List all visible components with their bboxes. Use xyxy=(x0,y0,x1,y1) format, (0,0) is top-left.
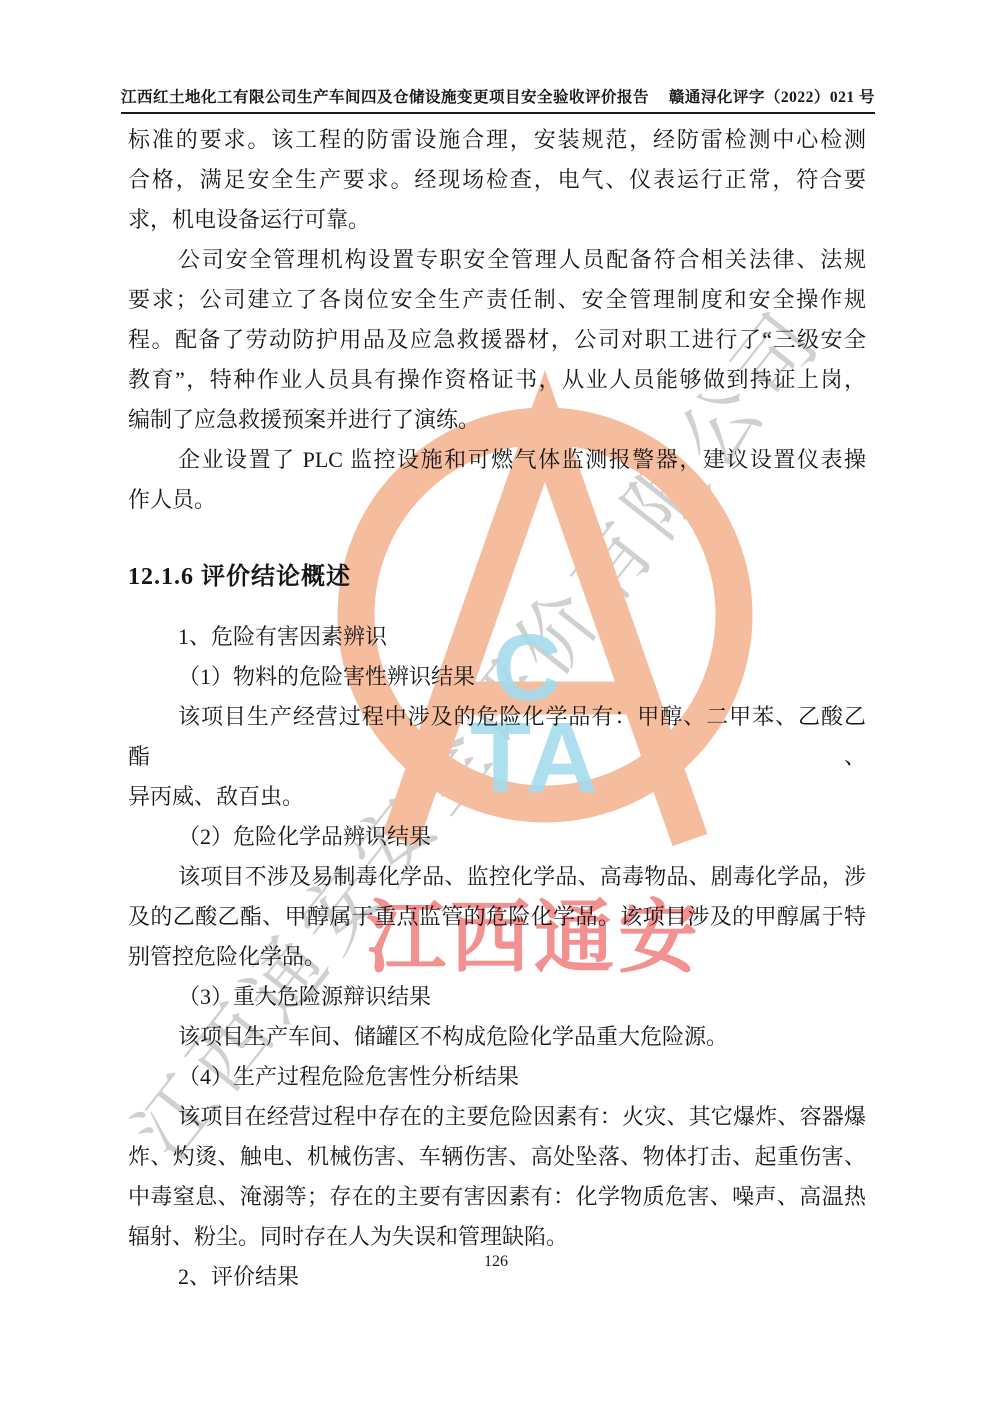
text-line: 作人员。 xyxy=(128,480,866,520)
text-line: 该项目生产车间、储罐区不构成危险化学品重大危险源。 xyxy=(128,1017,866,1057)
text-line: 异丙威、敌百虫。 xyxy=(128,777,866,817)
text-line: 该项目生产经营过程中涉及的危险化学品有：甲醇、二甲苯、乙酸乙酯、 xyxy=(128,697,866,777)
text-line: 编制了应急救援预案并进行了演练。 xyxy=(128,400,866,440)
text-line: 企业设置了 PLC 监控设施和可燃气体监测报警器，建议设置仪表操 xyxy=(128,440,866,480)
text-line: 合格，满足安全生产要求。经现场检查，电气、仪表运行正常，符合要 xyxy=(128,160,866,200)
text-line: 该项目不涉及易制毒化学品、监控化学品、高毒物品、剧毒化学品，涉 xyxy=(128,857,866,897)
page-number: 126 xyxy=(484,1253,508,1270)
text-line: 要求；公司建立了各岗位安全生产责任制、安全管理制度和安全操作规 xyxy=(128,280,866,320)
text-line: 炸、灼烫、触电、机械伤害、车辆伤害、高处坠落、物体打击、起重伤害、 xyxy=(128,1137,866,1177)
text-line: （2）危险化学品辨识结果 xyxy=(128,817,866,857)
text-line: 辐射、粉尘。同时存在人为失误和管理缺陷。 xyxy=(128,1217,866,1257)
text-line: （4）生产过程危险危害性分析结果 xyxy=(128,1057,866,1097)
section-heading: 12.1.6 评价结论概述 xyxy=(128,557,866,597)
text-line: 公司安全管理机构设置专职安全管理人员配备符合相关法律、法规 xyxy=(128,240,866,280)
page-footer: 126 xyxy=(0,1253,992,1271)
text-line: （3）重大危险源辩识结果 xyxy=(128,977,866,1017)
body-block-1: 标准的要求。该工程的防雷设施合理，安装规范，经防雷检测中心检测合格，满足安全生产… xyxy=(128,120,866,520)
header-title: 江西红土地化工有限公司生产车间四及仓储设施变更项目安全验收评价报告 xyxy=(121,85,649,107)
document-page: 江西通安安全评价有限公司 C TA 江西通安 江西红土地化工有限公司生产车间四及… xyxy=(0,0,992,1403)
text-line: 求，机电设备运行可靠。 xyxy=(128,200,866,240)
text-line: （1）物料的危险害性辨识结果 xyxy=(128,657,866,697)
text-line: 1、危险有害因素辨识 xyxy=(128,617,866,657)
body-block-2: 1、危险有害因素辨识（1）物料的危险害性辨识结果该项目生产经营过程中涉及的危险化… xyxy=(128,617,866,1297)
text-line: 中毒窒息、淹溺等；存在的主要有害因素有：化学物质危害、噪声、高温热 xyxy=(128,1177,866,1217)
text-line: 该项目在经营过程中存在的主要危险因素有：火灾、其它爆炸、容器爆 xyxy=(128,1097,866,1137)
header-doc-number: 赣通浔化评字（2022）021 号 xyxy=(669,85,875,107)
text-line: 标准的要求。该工程的防雷设施合理，安装规范，经防雷检测中心检测 xyxy=(128,120,866,160)
text-line: 别管控危险化学品。 xyxy=(128,937,866,977)
text-line: 程。配备了劳动防护用品及应急救援器材，公司对职工进行了“三级安全 xyxy=(128,320,866,360)
text-line: 教育”，特种作业人员具有操作资格证书，从业人员能够做到持证上岗， xyxy=(128,360,866,400)
page-header: 江西红土地化工有限公司生产车间四及仓储设施变更项目安全验收评价报告 赣通浔化评字… xyxy=(121,85,875,114)
text-line: 及的乙酸乙酯、甲醇属于重点监管的危险化学品。该项目涉及的甲醇属于特 xyxy=(128,897,866,937)
